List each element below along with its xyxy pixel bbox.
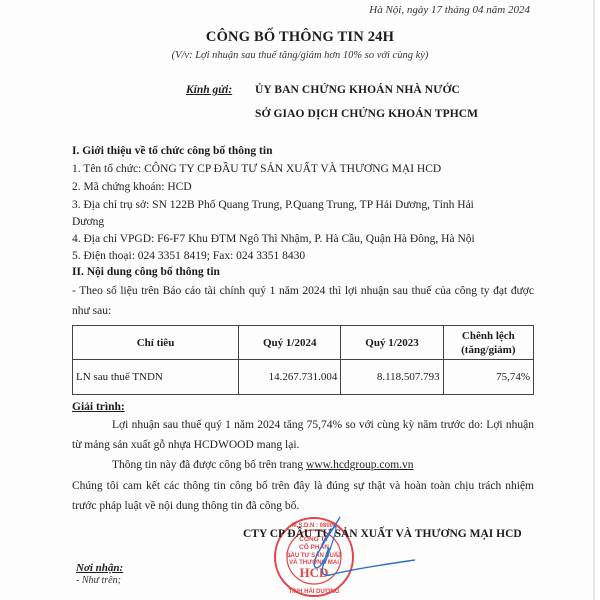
document-subtitle: (V/v: Lợi nhuận sau thuế tăng/giảm hơn 1… [0,50,600,61]
addressee-1: ỦY BAN CHỨNG KHOÁN NHÀ NƯỚC [255,84,460,96]
col-header-indicator: Chỉ tiêu [73,326,239,360]
section1-heading: I. Giới thiệu về tổ chức công bố thông t… [72,145,272,157]
profit-table: Chỉ tiêu Quý 1/2024 Quý 1/2023 Chênh lệc… [72,325,534,395]
table-header-row: Chỉ tiêu Quý 1/2024 Quý 1/2023 Chênh lệc… [73,326,534,360]
website-link[interactable]: www.hcdgroup.com.vn [306,459,414,471]
col-header-difference: Chênh lệch (tăng/giảm) [443,326,533,360]
col-header-q1-2023: Quý 1/2023 [341,326,443,360]
cell-q1-2023: 8.118.507.793 [341,360,443,395]
addressee-2: SỞ GIAO DỊCH CHỨNG KHOÁN TPHCM [255,108,478,120]
document-title: CÔNG BỐ THÔNG TIN 24H [0,29,600,46]
stock-code-line: 2. Mã chứng khoán: HCD [72,181,192,193]
published-line: Thông tin này đã được công bố trên trang… [112,459,414,471]
section2-heading: II. Nội dung công bố thông tin [72,266,220,278]
explanation-heading: Giải trình: [72,401,125,413]
cell-q1-2024: 14.267.731.004 [239,360,341,395]
section2-intro: - Theo số liệu trên Báo cáo tài chính qu… [72,281,534,321]
org-name-line: 1. Tên tổ chức: CÔNG TY CP ĐẦU TƯ SẢN XU… [72,163,441,175]
page-edge-divider [593,0,595,600]
cell-indicator: LN sau thuế TNDN [73,360,239,395]
handwritten-signature [270,505,420,600]
cell-difference: 75,74% [443,360,533,395]
place-date: Hà Nội, ngày 17 tháng 04 năm 2024 [369,4,530,16]
phone-fax-line: 5. Điện thoại: 024 3351 8419; Fax: 024 3… [72,250,305,262]
explanation-paragraph: Lợi nhuận sau thuế quý 1 năm 2024 tăng 7… [72,415,534,455]
recipients-label: Nơi nhận: [76,562,123,574]
published-prefix: Thông tin này đã được công bố trên trang [112,459,306,471]
document-page: Hà Nội, ngày 17 tháng 04 năm 2024 CÔNG B… [0,0,600,600]
addressee-label: Kính gửi: [186,84,232,96]
head-office-line-cont: Dương [72,216,104,228]
col-header-q1-2024: Quý 1/2024 [239,326,341,360]
head-office-line: 3. Địa chỉ trụ sở: SN 122B Phố Quang Tru… [72,199,474,211]
recipients-item: - Như trên; [76,575,121,586]
trading-office-line: 4. Địa chỉ VPGD: F6-F7 Khu ĐTM Ngô Thì N… [72,233,475,245]
table-row: LN sau thuế TNDN 14.267.731.004 8.118.50… [73,360,534,395]
